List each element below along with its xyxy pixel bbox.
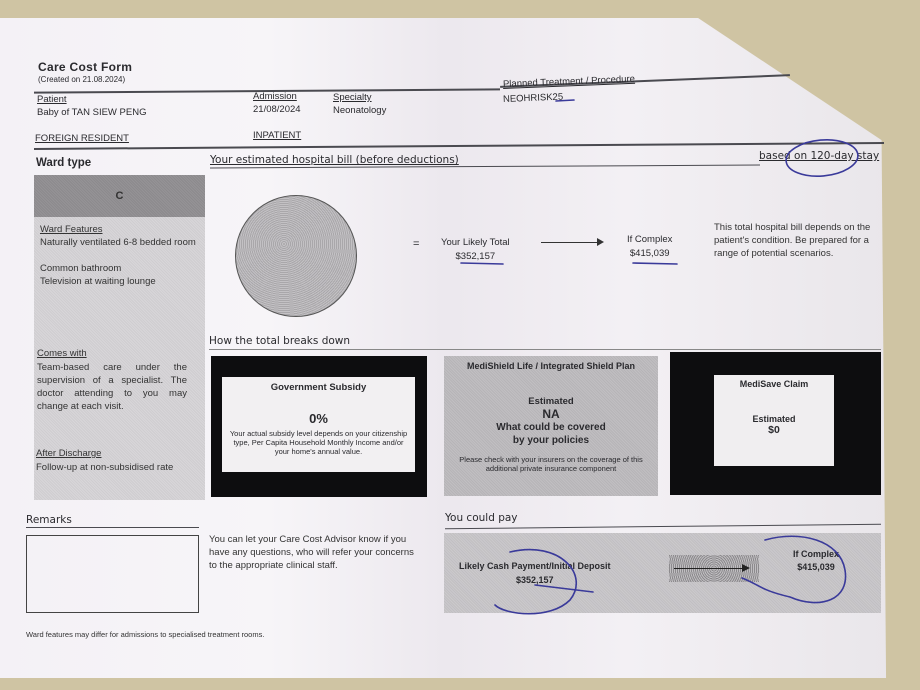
ward-type-title: Ward type: [36, 157, 91, 169]
admission-label: Admission: [253, 91, 297, 102]
stay-basis: based on 120-day stay: [759, 150, 879, 162]
medishield-card: MediShield Life / Integrated Shield Plan…: [444, 356, 658, 496]
specialty-value: Neonatology: [333, 105, 386, 116]
medishield-cover-line1: What could be covered: [444, 421, 658, 434]
ward-feature-item: Naturally ventilated 6-8 bedded room: [40, 236, 200, 249]
likely-total-value: $352,157: [441, 250, 510, 264]
footnote: Ward features may differ for admissions …: [26, 630, 264, 639]
comes-with-label: Comes with: [37, 347, 87, 360]
medishield-cover-line2: by your policies: [444, 434, 658, 447]
form-title: Care Cost Form: [38, 60, 132, 74]
admission-date: 21/08/2024: [253, 104, 301, 115]
patient-residency: FOREIGN RESIDENT: [35, 133, 129, 144]
likely-payment-value: $352,157: [459, 573, 611, 587]
after-discharge-text: Follow-up at non-subsidised rate: [36, 461, 196, 474]
ward-feature-item: Television at waiting lounge: [40, 275, 200, 288]
ward-feature-item: Common bathroom: [40, 262, 200, 275]
patient-label: Patient: [37, 94, 67, 105]
specialty-label: Specialty: [333, 92, 372, 103]
government-subsidy-value: 0%: [222, 411, 415, 426]
pay-complex-label: If Complex: [793, 548, 839, 561]
if-complex-block: If Complex $415,039: [627, 233, 672, 261]
you-could-pay-title: You could pay: [445, 512, 518, 524]
likely-payment-label: Likely Cash Payment/Initial Deposit: [459, 559, 611, 573]
government-subsidy-note: Your actual subsidy level depends on you…: [226, 429, 411, 456]
ward-code: C: [34, 175, 205, 217]
if-complex-value: $415,039: [627, 247, 672, 261]
arrow-head-icon: [597, 238, 604, 246]
arrow-right-icon: [541, 242, 599, 243]
medishield-estimated-label: Estimated: [444, 396, 658, 407]
likely-total-label: Your Likely Total: [441, 236, 510, 250]
breakdown-rule: [209, 349, 881, 350]
ward-features-label: Ward Features: [40, 223, 102, 236]
government-subsidy-content: Government Subsidy 0% Your actual subsid…: [222, 377, 415, 472]
government-subsidy-title: Government Subsidy: [222, 382, 415, 393]
remarks-field[interactable]: [26, 535, 199, 613]
pay-arrow-right-icon: [674, 568, 744, 569]
medisave-content: MediSave Claim Estimated $0: [714, 375, 834, 466]
equals-sign: =: [413, 238, 419, 250]
remarks-title: Remarks: [26, 514, 72, 526]
medisave-estimated-label: Estimated: [714, 414, 834, 424]
admission-type: INPATIENT: [253, 130, 301, 141]
likely-total-block: Your Likely Total $352,157: [441, 236, 510, 264]
pay-complex-value: $415,039: [793, 561, 839, 574]
comes-with-text: Team-based care under the supervision of…: [37, 361, 187, 413]
medishield-title: MediShield Life / Integrated Shield Plan: [444, 361, 658, 371]
advisor-note: You can let your Care Cost Advisor know …: [209, 533, 424, 572]
medishield-note: Please check with your insurers on the c…: [448, 455, 654, 473]
medisave-value: $0: [714, 424, 834, 436]
pay-arrow-head-icon: [742, 564, 750, 572]
bill-note: This total hospital bill depends on the …: [714, 221, 884, 260]
after-discharge-label: After Discharge: [36, 447, 101, 460]
if-complex-label: If Complex: [627, 233, 672, 247]
patient-name: Baby of TAN SIEW PENG: [37, 107, 146, 118]
estimated-bill-title: Your estimated hospital bill (before ded…: [210, 154, 459, 166]
medishield-value: NA: [444, 407, 658, 421]
breakdown-title: How the total breaks down: [209, 335, 350, 347]
pay-complex-block: If Complex $415,039: [793, 548, 839, 574]
medisave-title: MediSave Claim: [714, 379, 834, 389]
form-created-date: (Created on 21.08.2024): [38, 75, 125, 84]
remarks-rule: [26, 527, 199, 528]
bill-total-circle-graphic: [235, 195, 357, 317]
likely-payment-block: Likely Cash Payment/Initial Deposit $352…: [459, 559, 611, 587]
